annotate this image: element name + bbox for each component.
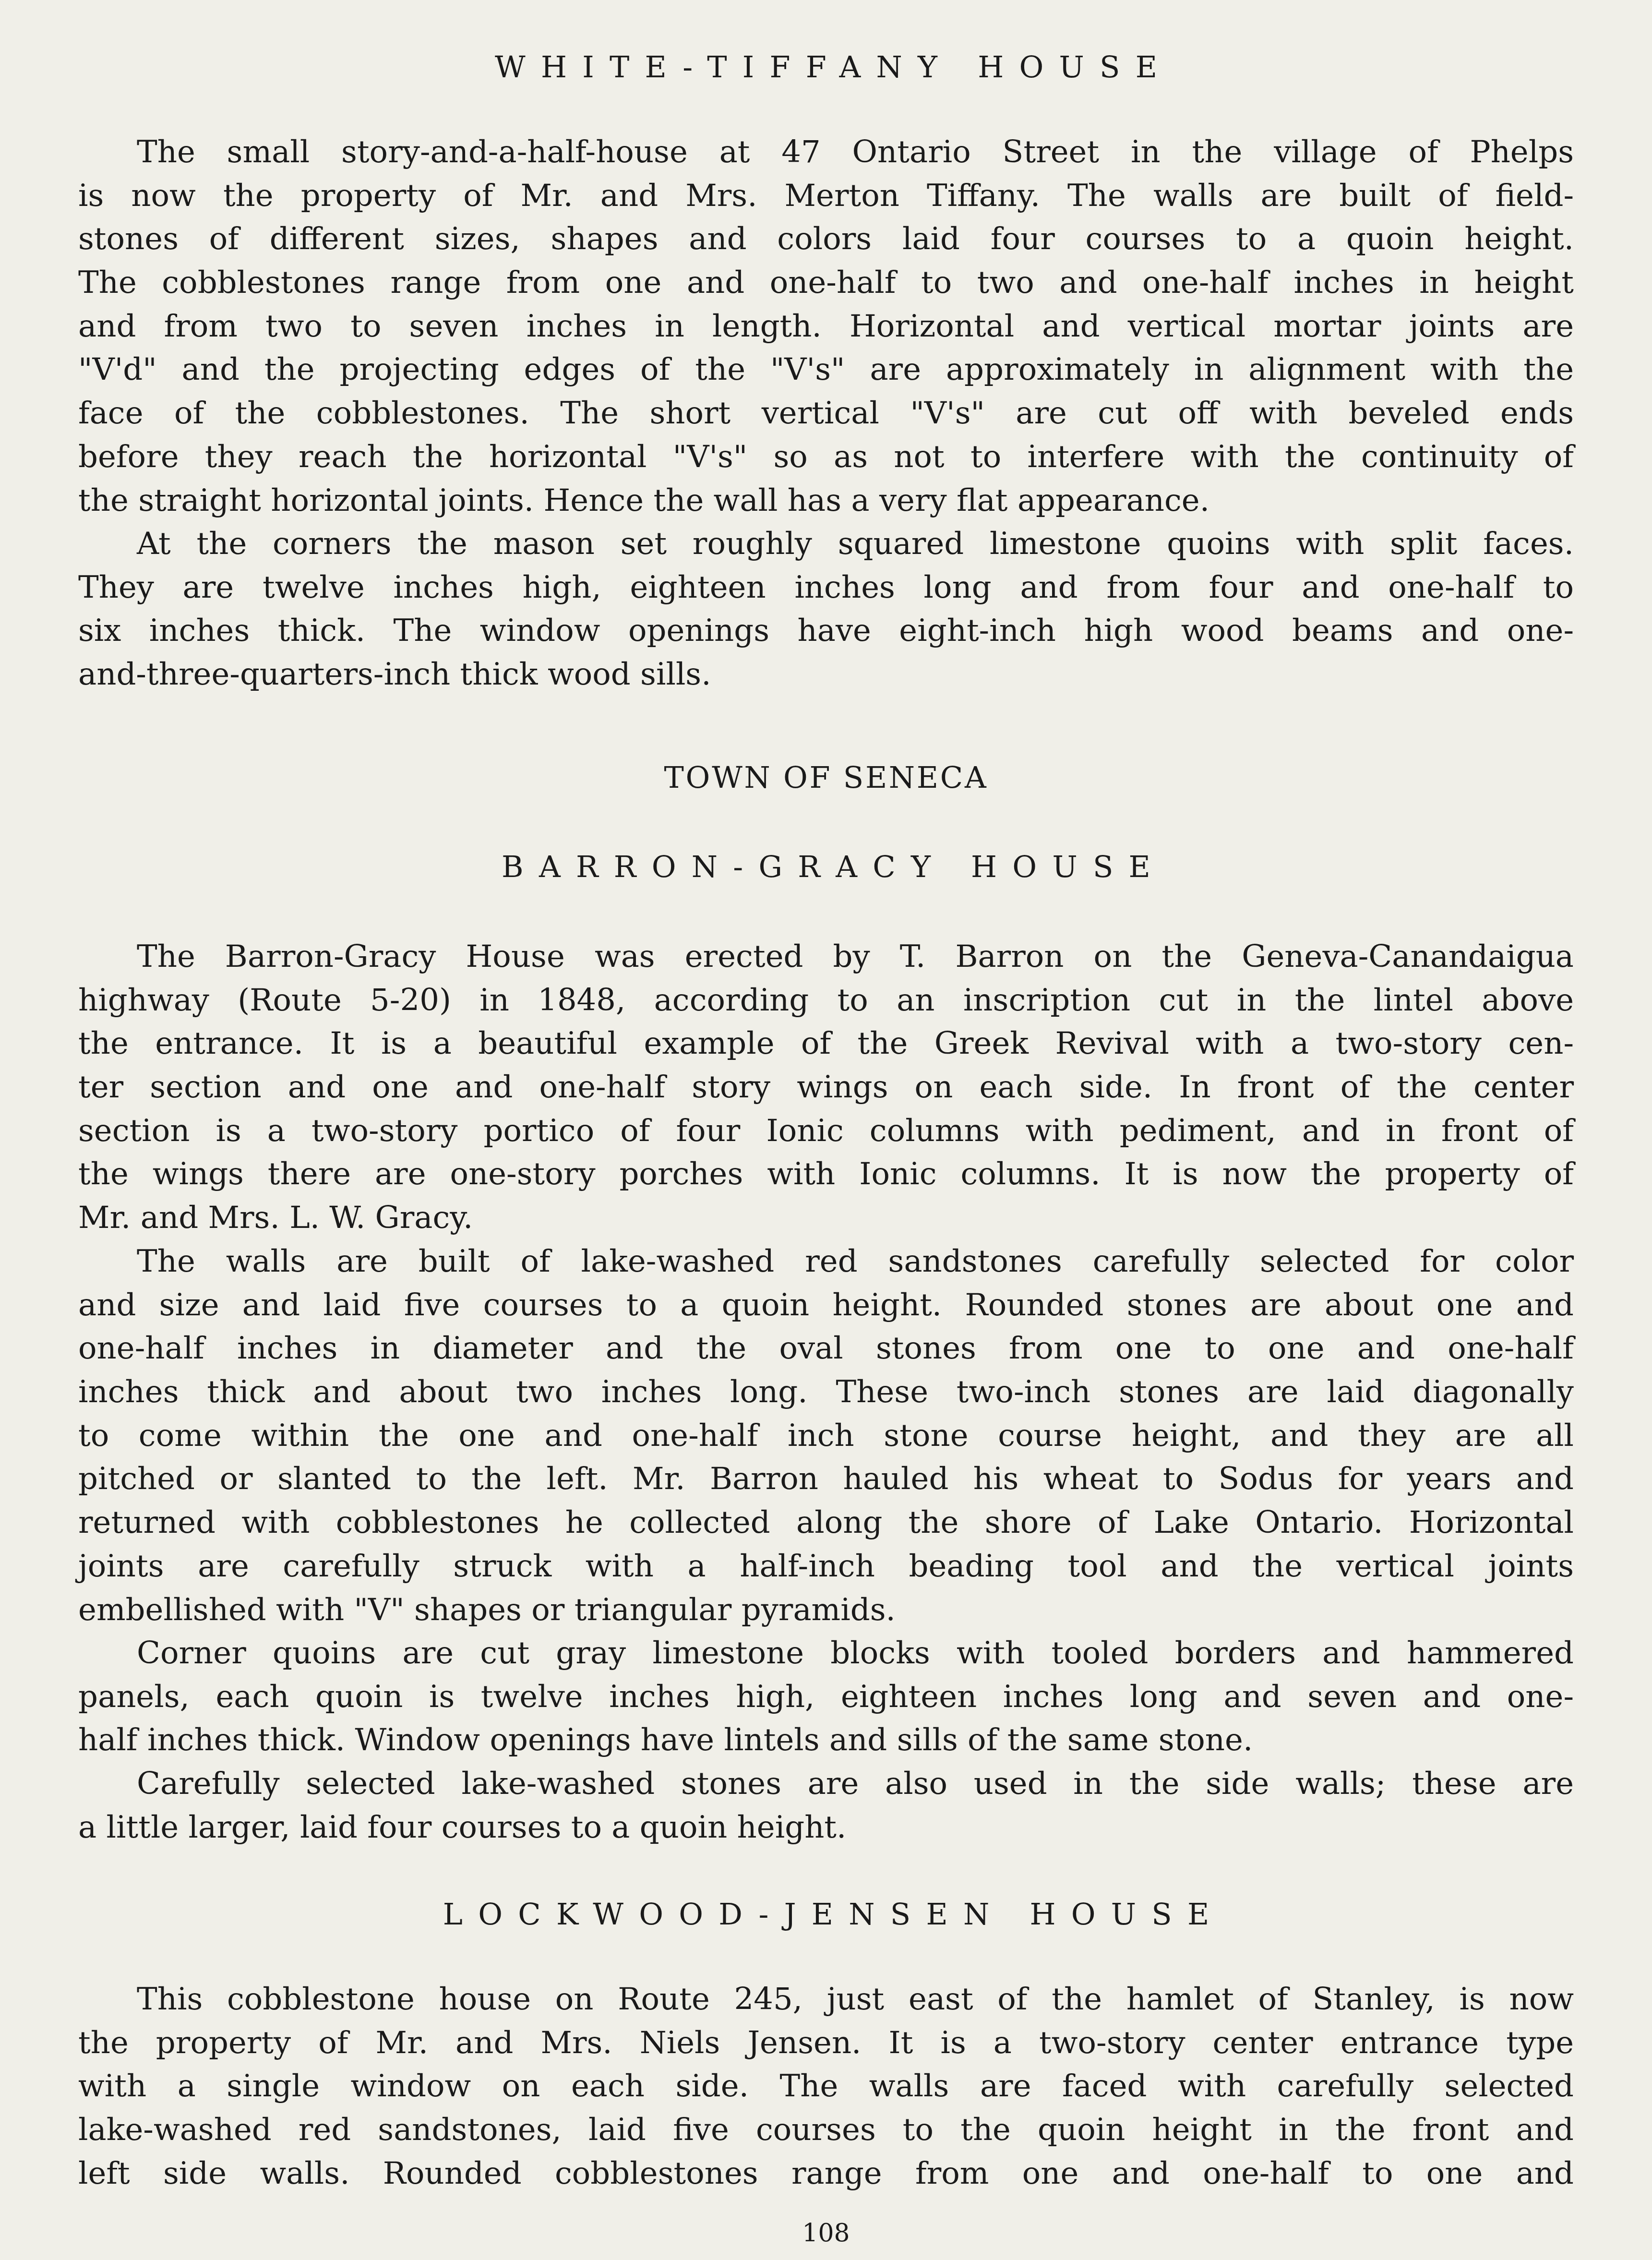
text-line: panels, each quoin is twelve inches high… [78,1675,1574,1719]
town-heading-seneca: TOWN OF SENECA [78,758,1574,797]
text-line: and size and laid five courses to a quoi… [78,1284,1574,1327]
section-heading-white-tiffany: WHITE-TIFFANY HOUSE [78,48,1574,86]
white-tiffany-paragraph-1: The small story-and-a-half-house at 47 O… [78,131,1574,522]
text-line: and from two to seven inches in length. … [78,305,1574,349]
text-line: joints are carefully struck with a half-… [78,1545,1574,1588]
barron-gracy-paragraph-3: Corner quoins are cut gray limestone blo… [78,1632,1574,1762]
white-tiffany-paragraph-2: At the corners the mason set roughly squ… [78,522,1574,697]
page-number: 108 [78,2219,1574,2248]
text-line: embellished with "V" shapes or triangula… [78,1588,1574,1632]
text-line: stones of different sizes, shapes and co… [78,217,1574,261]
text-line: "V'd" and the projecting edges of the "V… [78,348,1574,392]
text-line: the property of Mr. and Mrs. Niels Jense… [78,2021,1574,2065]
text-line: with a single window on each side. The w… [78,2065,1574,2108]
section-heading-lockwood-jensen: LOCKWOOD-JENSEN HOUSE [78,1895,1574,1934]
text-line: highway (Route 5-20) in 1848, according … [78,979,1574,1022]
text-line: left side walls. Rounded cobblestones ra… [78,2152,1574,2196]
barron-gracy-paragraph-2: The walls are built of lake-washed red s… [78,1240,1574,1632]
text-line: half inches thick. Window openings have … [78,1719,1574,1762]
text-line: Mr. and Mrs. L. W. Gracy. [78,1196,1574,1240]
text-line: pitched or slanted to the left. Mr. Barr… [78,1457,1574,1501]
text-line: before they reach the horizontal "V's" s… [78,435,1574,479]
text-line: The Barron-Gracy House was erected by T.… [78,935,1574,979]
section-heading-barron-gracy: BARRON-GRACY HOUSE [78,848,1574,886]
text-line: This cobblestone house on Route 245, jus… [78,1978,1574,2021]
text-line: six inches thick. The window openings ha… [78,609,1574,653]
text-line: At the corners the mason set roughly squ… [78,522,1574,566]
barron-gracy-paragraph-4: Carefully selected lake-washed stones ar… [78,1762,1574,1849]
text-line: The walls are built of lake-washed red s… [78,1240,1574,1284]
text-line: lake-washed red sandstones, laid five co… [78,2108,1574,2152]
text-line: The cobblestones range from one and one-… [78,261,1574,305]
barron-gracy-paragraph-1: The Barron-Gracy House was erected by T.… [78,935,1574,1240]
text-line: the wings there are one-story porches wi… [78,1153,1574,1196]
text-line: Carefully selected lake-washed stones ar… [78,1762,1574,1806]
text-line: They are twelve inches high, eighteen in… [78,566,1574,610]
text-line: a little larger, laid four courses to a … [78,1806,1574,1850]
lockwood-jensen-paragraph-1: This cobblestone house on Route 245, jus… [78,1978,1574,2195]
text-line: returned with cobblestones he collected … [78,1501,1574,1545]
text-line: the straight horizontal joints. Hence th… [78,479,1574,523]
text-line: The small story-and-a-half-house at 47 O… [78,131,1574,174]
text-line: face of the cobblestones. The short vert… [78,392,1574,435]
text-line: Corner quoins are cut gray limestone blo… [78,1632,1574,1675]
text-line: ter section and one and one-half story w… [78,1066,1574,1109]
text-line: one-half inches in diameter and the oval… [78,1327,1574,1370]
document-page: WHITE-TIFFANY HOUSE The small story-and-… [78,0,1574,2260]
text-line: to come within the one and one-half inch… [78,1414,1574,1458]
text-line: section is a two-story portico of four I… [78,1109,1574,1153]
text-line: is now the property of Mr. and Mrs. Mert… [78,174,1574,218]
text-line: inches thick and about two inches long. … [78,1370,1574,1414]
text-line: the entrance. It is a beautiful example … [78,1022,1574,1066]
text-line: and-three-quarters-inch thick wood sills… [78,653,1574,697]
